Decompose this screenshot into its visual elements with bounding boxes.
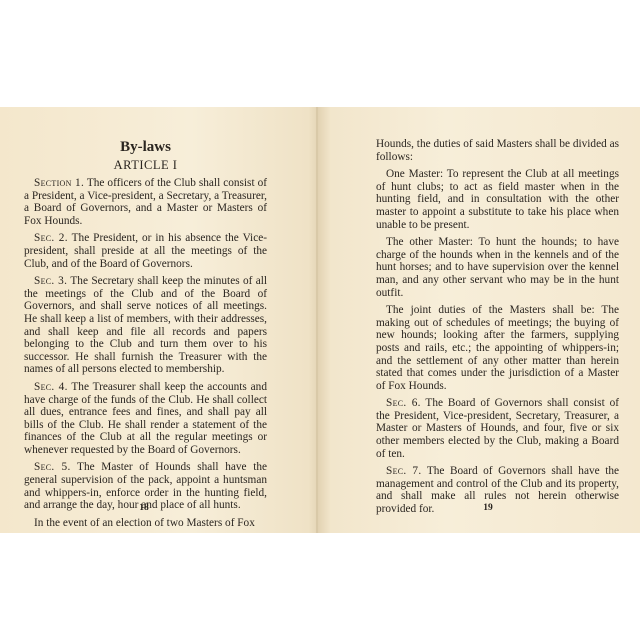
section-label: Sec. 6.: [386, 397, 421, 409]
section-label: Sec. 5.: [34, 461, 71, 473]
joint-duties-paragraph: The joint duties of the Masters shall be…: [376, 304, 619, 392]
section-label: Section 1.: [34, 177, 84, 189]
left-page-text: By-laws ARTICLE I Section 1. The officer…: [24, 138, 267, 534]
other-master-paragraph: The other Master: To hunt the hounds; to…: [376, 236, 619, 299]
book-spread: By-laws ARTICLE I Section 1. The officer…: [0, 107, 640, 533]
section-6: Sec. 6. The Board of Governors shall con…: [376, 397, 619, 460]
page-number: 19: [458, 503, 518, 513]
continuation-paragraph: Hounds, the duties of said Masters shall…: [376, 138, 619, 163]
right-page: Hounds, the duties of said Masters shall…: [318, 107, 640, 533]
section-label: Sec. 2.: [34, 232, 68, 244]
page-heading: By-laws: [24, 138, 267, 156]
section-label: Sec. 3.: [34, 275, 67, 287]
continued-paragraph: In the event of an election of two Maste…: [24, 517, 267, 530]
one-master-paragraph: One Master: To represent the Club at all…: [376, 168, 619, 231]
right-page-text: Hounds, the duties of said Masters shall…: [376, 138, 619, 521]
section-1: Section 1. The officers of the Club shal…: [24, 177, 267, 227]
left-page: By-laws ARTICLE I Section 1. The officer…: [0, 107, 318, 533]
section-label: Sec. 7.: [386, 465, 421, 477]
article-title: ARTICLE I: [24, 157, 267, 173]
section-3: Sec. 3. The Secretary shall keep the min…: [24, 275, 267, 376]
page-number: 18: [114, 503, 174, 513]
section-2: Sec. 2. The President, or in his absence…: [24, 232, 267, 270]
section-label: Sec. 4.: [34, 381, 68, 393]
section-4: Sec. 4. The Treasurer shall keep the acc…: [24, 381, 267, 457]
